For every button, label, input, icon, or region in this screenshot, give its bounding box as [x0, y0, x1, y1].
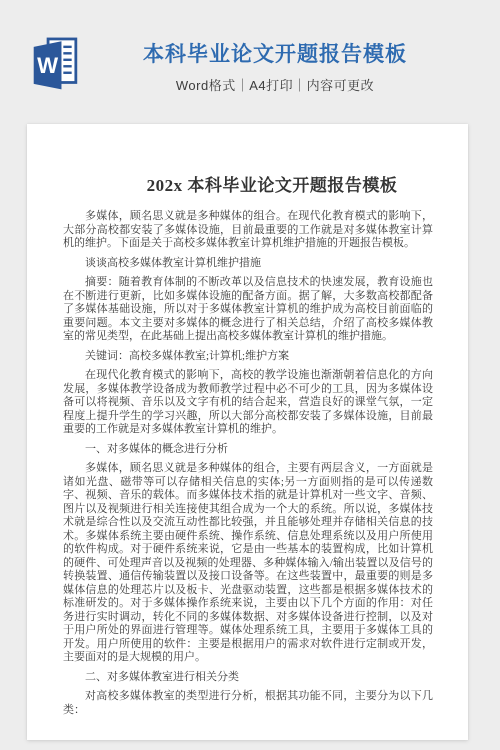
doc-paragraph: 二、对多媒体教室进行相关分类 [63, 671, 433, 685]
page-title: 本科毕业论文开题报告模板 [60, 42, 490, 68]
document-page: 202x 本科毕业论文开题报告模板 多媒体，顾名思义就是多种媒体的组合。在现代化… [27, 124, 468, 740]
document-title: 202x 本科毕业论文开题报告模板 [63, 174, 433, 198]
doc-paragraph: 谈谈高校多媒体教室计算机维护措施 [63, 257, 433, 271]
header: W 本科毕业论文开题报告模板 Word格式｜A4打印｜内容可更改 [0, 0, 500, 124]
doc-paragraph: 多媒体，顾名思义就是多种媒体的组合，主要有两层含义，一方面就是诸如光盘、磁带等可… [63, 462, 433, 665]
header-text-block: 本科毕业论文开题报告模板 Word格式｜A4打印｜内容可更改 [60, 42, 490, 94]
doc-body: 多媒体，顾名思义就是多种媒体的组合。在现代化教育模式的影响下，大部分高校都安装了… [63, 210, 433, 717]
word-icon-letter: W [37, 53, 58, 78]
doc-paragraph: 摘要：随着教育体制的不断改革以及信息技术的快速发展，教育设施也在不断进行更新，比… [63, 276, 433, 344]
doc-paragraph: 一、对多媒体的概念进行分析 [63, 443, 433, 457]
doc-paragraph: 对高校多媒体教室的类型进行分析，根据其功能不同，主要分为以下几类： [63, 690, 433, 717]
doc-paragraph: 多媒体，顾名思义就是多种媒体的组合。在现代化教育模式的影响下，大部分高校都安装了… [63, 210, 433, 251]
doc-paragraph: 关键词：高校多媒体教室;计算机;维护方案 [63, 350, 433, 364]
doc-paragraph: 在现代化教育模式的影响下，高校的教学设施也渐渐朝着信息化的方向发展，多媒体教学设… [63, 369, 433, 437]
page-subtitle: Word格式｜A4打印｜内容可更改 [60, 75, 490, 94]
